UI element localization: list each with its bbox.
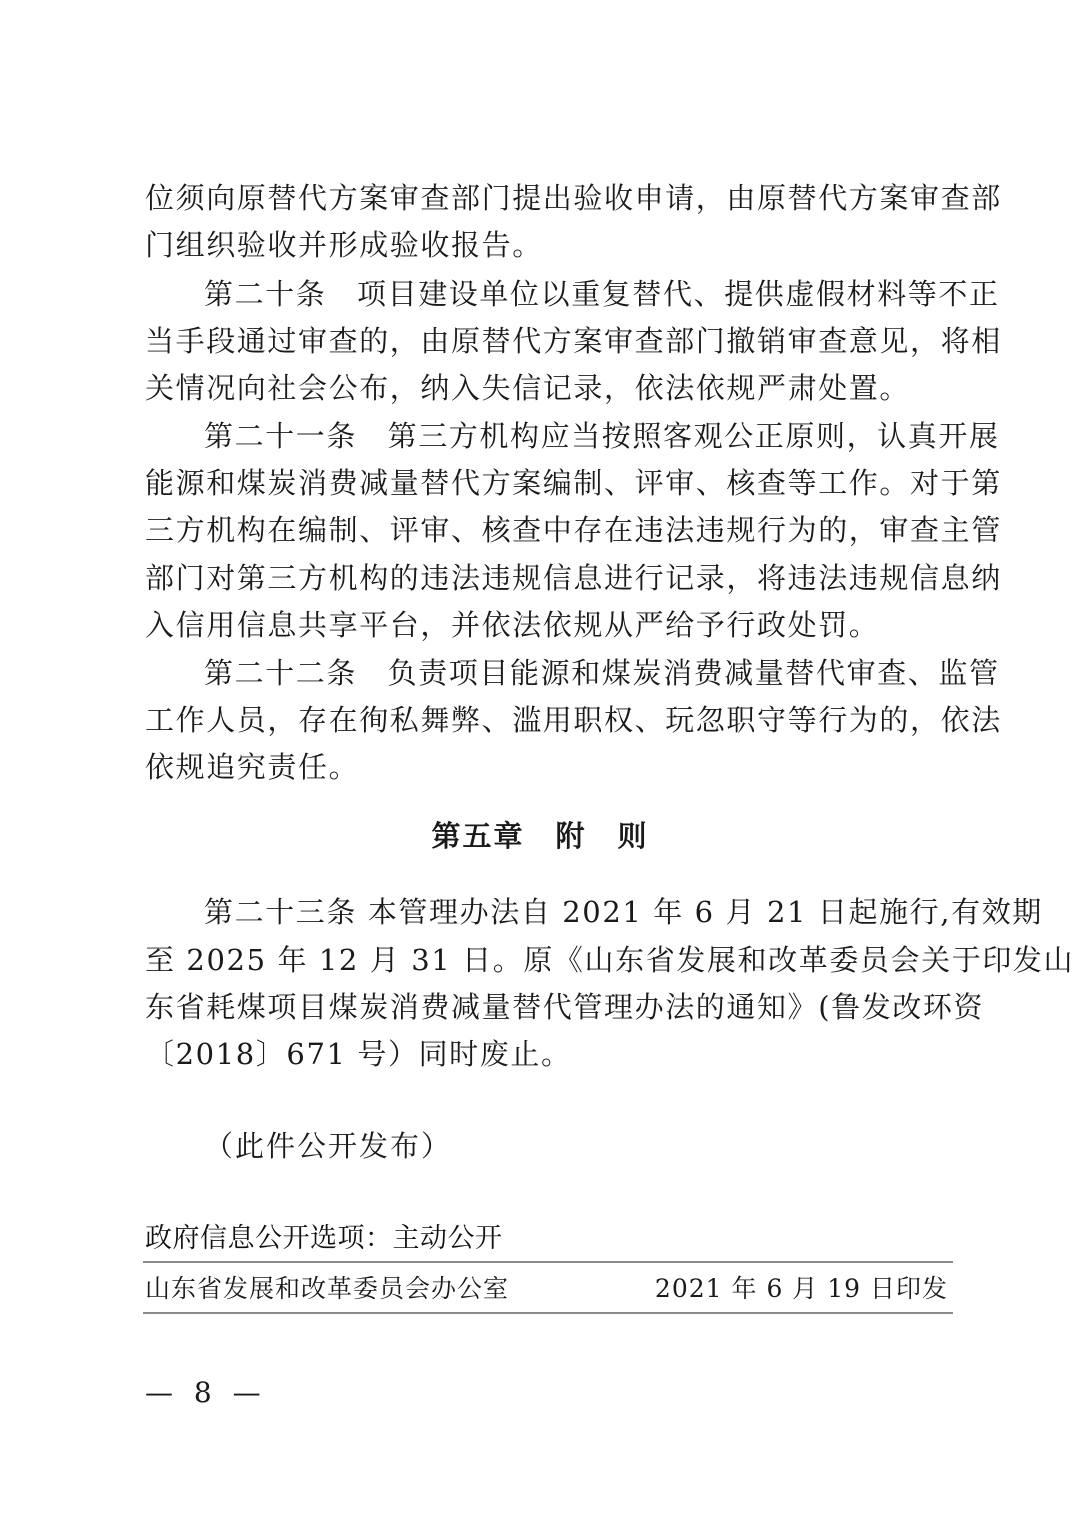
text-line: 工作人员，存在徇私舞弊、滥用职权、玩忽职守等行为的，依法 bbox=[145, 702, 950, 738]
text-line: 门组织验收并形成验收报告。 bbox=[145, 227, 950, 263]
text-line: 当手段通过审查的，由原替代方案审查部门撤销审查意见，将相 bbox=[145, 323, 950, 359]
text-line: 东省耗煤项目煤炭消费减量替代管理办法的通知》(鲁发改环资 bbox=[145, 989, 950, 1025]
divider-bottom bbox=[143, 1312, 953, 1314]
chapter-heading: 第五章 附 则 bbox=[0, 818, 1080, 854]
text-line: 部门对第三方机构的违法违规信息进行记录，将违法违规信息纳 bbox=[145, 560, 950, 596]
divider-top bbox=[143, 1261, 953, 1263]
text-line: 入信用信息共享平台，并依法依规从严给予行政处罚。 bbox=[145, 607, 950, 643]
document-page: 位须向原替代方案审查部门提出验收申请，由原替代方案审查部 门组织验收并形成验收报… bbox=[0, 0, 1080, 1527]
text-line: 依规追究责任。 bbox=[145, 749, 950, 785]
text-line: 三方机构在编制、评审、核查中存在违法违规行为的，审查主管 bbox=[145, 512, 950, 548]
text-line: 至 2025 年 12 月 31 日。原《山东省发展和改革委员会关于印发山 bbox=[145, 942, 950, 978]
article-23-start: 第二十三条 本管理办法自 2021 年 6 月 21 日起施行,有效期 bbox=[204, 894, 950, 930]
article-22-start: 第二十二条 负责项目能源和煤炭消费减量替代审查、监管 bbox=[204, 655, 950, 691]
issue-date: 2021 年 6 月 19 日印发 bbox=[655, 1272, 948, 1306]
page-number: — 8 — bbox=[145, 1375, 267, 1411]
text-line: 能源和煤炭消费减量替代方案编制、评审、核查等工作。对于第 bbox=[145, 465, 950, 501]
issuing-office: 山东省发展和改革委员会办公室 bbox=[145, 1272, 509, 1306]
disclosure-option: 政府信息公开选项：主动公开 bbox=[145, 1222, 503, 1256]
article-20-start: 第二十条 项目建设单位以重复替代、提供虚假材料等不正 bbox=[204, 276, 950, 312]
publication-note: （此件公开发布） bbox=[204, 1128, 452, 1164]
text-line: 关情况向社会公布，纳入失信记录，依法依规严肃处置。 bbox=[145, 370, 950, 406]
text-line: 〔2018〕671 号）同时废止。 bbox=[145, 1036, 950, 1072]
article-21-start: 第二十一条 第三方机构应当按照客观公正原则，认真开展 bbox=[204, 418, 950, 454]
text-line: 位须向原替代方案审查部门提出验收申请，由原替代方案审查部 bbox=[145, 180, 950, 216]
